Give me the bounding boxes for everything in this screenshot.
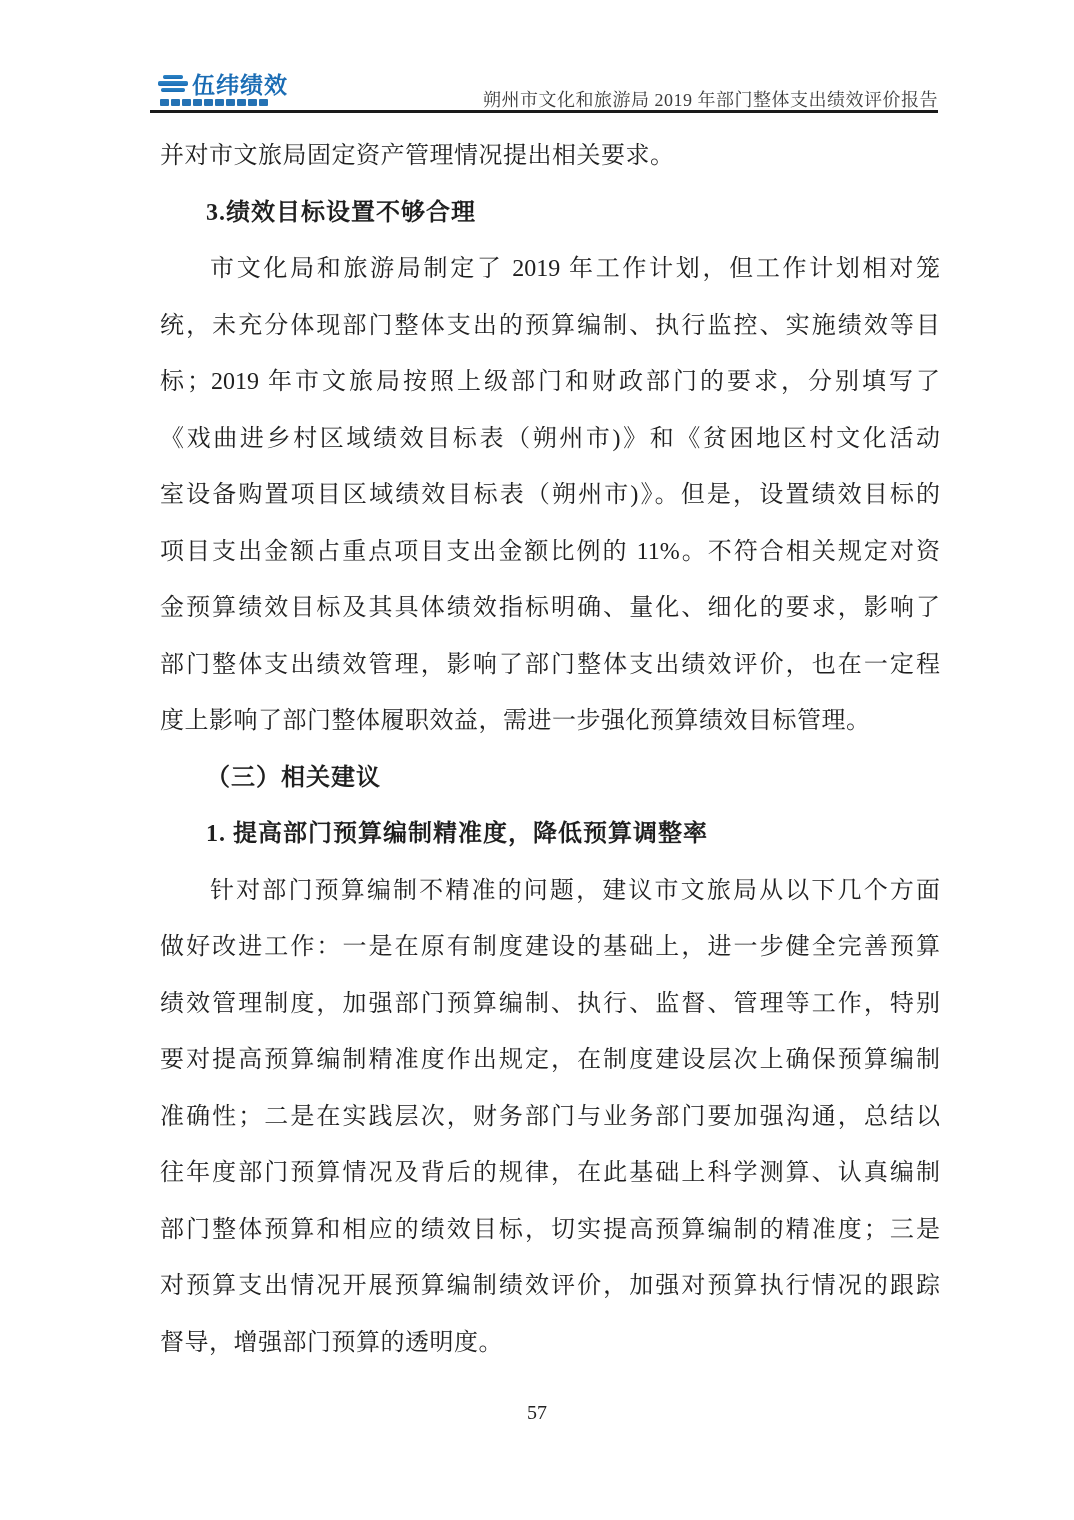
text-line: 做好改进工作：一是在原有制度建设的基础上，进一步健全完善预算 bbox=[160, 931, 940, 988]
text-line: 准确性；二是在实践层次，财务部门与业务部门要加强沟通，总结以 bbox=[160, 1101, 940, 1158]
text-line: 要对提高预算编制精准度作出规定，在制度建设层次上确保预算编制 bbox=[160, 1044, 940, 1101]
text-line: 项目支出金额占重点项目支出金额比例的 11%。不符合相关规定对资 bbox=[160, 536, 940, 593]
header-rule bbox=[150, 110, 938, 113]
text-line: 金预算绩效目标及其具体绩效指标明确、量化、细化的要求，影响了 bbox=[160, 592, 940, 649]
text-line: 《戏曲进乡村区域绩效目标表（朔州市)》和《贫困地区村文化活动 bbox=[160, 423, 940, 480]
section-heading: 1. 提高部门预算编制精准度，降低预算调整率 bbox=[160, 818, 940, 875]
text-line: 绩效管理制度，加强部门预算编制、执行、监督、管理等工作，特别 bbox=[160, 988, 940, 1045]
section-heading: （三）相关建议 bbox=[160, 762, 940, 819]
text-line: 统，未充分体现部门整体支出的预算编制、执行监控、实施绩效等目 bbox=[160, 310, 940, 367]
text-line: 度上影响了部门整体履职效益，需进一步强化预算绩效目标管理。 bbox=[160, 705, 940, 762]
logo-tagline-strip bbox=[160, 99, 268, 106]
company-logo: 伍纬绩效 bbox=[158, 72, 288, 108]
text-line: 市文化局和旅游局制定了 2019 年工作计划，但工作计划相对笼 bbox=[160, 253, 940, 310]
text-line: 对预算支出情况开展预算编制绩效评价，加强对预算执行情况的跟踪 bbox=[160, 1270, 940, 1327]
text-line: 往年度部门预算情况及背后的规律，在此基础上科学测算、认真编制 bbox=[160, 1157, 940, 1214]
report-page: 伍纬绩效 朔州市文化和旅游局 2019 年部门整体支出绩效评价报告 并对市文旅局… bbox=[0, 0, 1074, 1520]
page-footer: 57 bbox=[0, 1402, 1074, 1425]
page-header: 伍纬绩效 朔州市文化和旅游局 2019 年部门整体支出绩效评价报告 bbox=[0, 0, 1074, 120]
text-line: 督导，增强部门预算的透明度。 bbox=[160, 1327, 940, 1384]
page-number: 57 bbox=[527, 1402, 547, 1424]
document-body: 并对市文旅局固定资产管理情况提出相关要求。 3.绩效目标设置不够合理 市文化局和… bbox=[160, 140, 940, 1383]
text-line: 部门整体预算和相应的绩效目标，切实提高预算编制的精准度；三是 bbox=[160, 1214, 940, 1271]
logo-layers-icon bbox=[158, 75, 188, 97]
header-title: 朔州市文化和旅游局 2019 年部门整体支出绩效评价报告 bbox=[483, 86, 938, 112]
text-line: 并对市文旅局固定资产管理情况提出相关要求。 bbox=[160, 140, 940, 197]
text-line: 标；2019 年市文旅局按照上级部门和财政部门的要求，分别填写了 bbox=[160, 366, 940, 423]
logo-text: 伍纬绩效 bbox=[192, 72, 288, 98]
text-line: 针对部门预算编制不精准的问题，建议市文旅局从以下几个方面 bbox=[160, 875, 940, 932]
section-heading: 3.绩效目标设置不够合理 bbox=[160, 197, 940, 254]
text-line: 室设备购置项目区域绩效目标表（朔州市)》。但是，设置绩效目标的 bbox=[160, 479, 940, 536]
text-line: 部门整体支出绩效管理，影响了部门整体支出绩效评价，也在一定程 bbox=[160, 649, 940, 706]
